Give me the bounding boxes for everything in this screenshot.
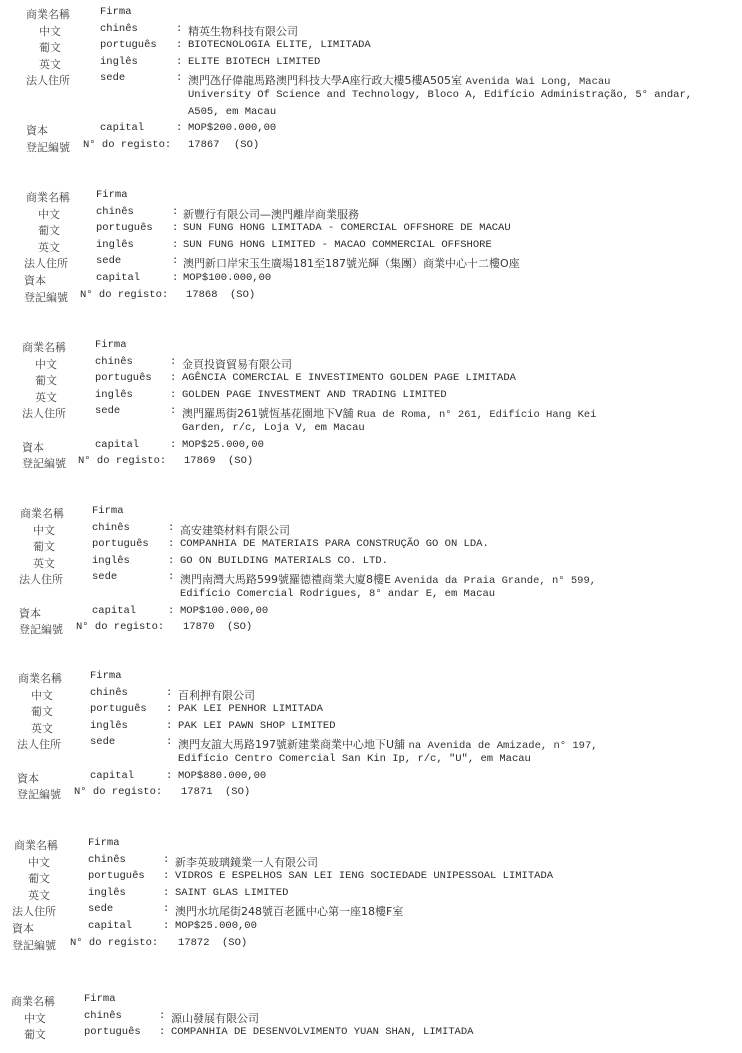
- firma-label-cjk: 商業名稱: [22, 339, 66, 355]
- registo-suffix: (SO): [225, 786, 250, 798]
- colon: :: [170, 439, 176, 451]
- sede-continuation-row: Garden, r/c, Loja V, em Macau: [0, 422, 742, 439]
- registo-suffix: (SO): [228, 455, 253, 467]
- portuguese-label-cjk: 葡文: [31, 703, 53, 719]
- capital-row: 資本 capital : MOP$100.000,00: [0, 605, 742, 622]
- sede-address-cjk: 澳門氹仔偉龍馬路澳門科技大學A座行政大樓5樓A505室: [188, 74, 462, 87]
- english-name-row: 英文 inglês : GO ON BUILDING MATERIALS CO.…: [0, 555, 742, 572]
- firma-label-cjk: 商業名稱: [26, 6, 70, 22]
- chinese-label-pt: chinês: [95, 356, 133, 368]
- english-label-pt: inglês: [96, 239, 134, 251]
- firma-row: 商業名稱 Firma: [0, 670, 742, 687]
- firma-label-cjk: 商業名稱: [18, 670, 62, 686]
- registration-entry-partial: 商業名稱 Firma 中文 chinês : 源山發展有限公司 葡文 portu…: [0, 993, 742, 1043]
- firma-label-cjk: 商業名稱: [26, 189, 70, 205]
- sede-continuation-row: Edifício Comercial Rodrigues, 8° andar E…: [0, 588, 742, 605]
- sede-address-cjk: 澳門南灣大馬路599號羅德禮商業大廈8樓E: [180, 573, 391, 586]
- firma-row: 商業名稱 Firma: [0, 993, 742, 1010]
- registo-number: 17870: [183, 621, 215, 633]
- english-label-cjk: 英文: [35, 389, 57, 405]
- portuguese-label-pt: português: [88, 870, 145, 882]
- english-label-pt: inglês: [100, 56, 138, 68]
- portuguese-label-cjk: 葡文: [35, 372, 57, 388]
- colon: :: [176, 56, 182, 68]
- portuguese-name-value: COMPANHIA DE DESENVOLVIMENTO YUAN SHAN, …: [171, 1026, 473, 1038]
- sede-row: 法人住所 sede : 澳門水坑尾街248號百老匯中心第一座18樓F室: [0, 903, 742, 920]
- english-name-value: GO ON BUILDING MATERIALS CO. LTD.: [180, 555, 388, 567]
- sede-address-latin: Avenida da Praia Grande, n° 599,: [394, 575, 596, 587]
- portuguese-name-row: 葡文 português : COMPANHIA DE DESENVOLVIME…: [0, 1026, 742, 1043]
- colon: :: [168, 571, 174, 583]
- capital-label-pt: capital: [96, 272, 140, 284]
- portuguese-name-value: COMPANHIA DE MATERIAIS PARA CONSTRUÇÃO G…: [180, 538, 489, 550]
- colon: :: [168, 555, 174, 567]
- colon: :: [163, 854, 169, 866]
- registo-label-cjk: 登記編號: [17, 786, 61, 802]
- english-name-row: 英文 inglês : PAK LEI PAWN SHOP LIMITED: [0, 720, 742, 737]
- sede-label-cjk: 法人住所: [22, 405, 66, 421]
- english-name-row: 英文 inglês : SUN FUNG HONG LIMITED - MACA…: [0, 239, 742, 256]
- portuguese-label-pt: português: [92, 538, 149, 550]
- capital-row: 資本 capital : MOP$100.000,00: [0, 272, 742, 289]
- registo-label-cjk: 登記編號: [24, 289, 68, 305]
- portuguese-name-row: 葡文 português : AGÊNCIA COMERCIAL E INVES…: [0, 372, 742, 389]
- capital-label-pt: capital: [90, 770, 134, 782]
- sede-address-latin: Avenida Wai Long, Macau: [466, 76, 611, 88]
- colon: :: [168, 538, 174, 550]
- english-name-row: 英文 inglês : GOLDEN PAGE INVESTMENT AND T…: [0, 389, 742, 406]
- registo-label-pt: N° do registo:: [78, 455, 166, 467]
- sede-value: 澳門南灣大馬路599號羅德禮商業大廈8樓E Avenida da Praia G…: [180, 571, 596, 587]
- chinese-name-value: 源山發展有限公司: [171, 1010, 259, 1026]
- registration-entry-17871: 商業名稱 Firma 中文 chinês : 百利押有限公司 葡文 portug…: [0, 670, 742, 803]
- english-label-cjk: 英文: [31, 720, 53, 736]
- capital-row: 資本 capital : MOP$200.000,00: [0, 122, 742, 139]
- chinese-name-row: 中文 chinês : 百利押有限公司: [0, 687, 742, 704]
- registration-entry-17868: 商業名稱 Firma 中文 chinês : 新豐行有限公司—澳門離岸商業服務 …: [0, 189, 742, 305]
- registration-entry-17870: 商業名稱 Firma 中文 chinês : 高安建築材料有限公司 葡文 por…: [0, 505, 742, 638]
- chinese-label-pt: chinês: [84, 1010, 122, 1022]
- registo-label-pt: N° do registo:: [80, 289, 168, 301]
- capital-row: 資本 capital : MOP$25.000,00: [0, 439, 742, 456]
- capital-row: 資本 capital : MOP$25.000,00: [0, 920, 742, 937]
- capital-value: MOP$100.000,00: [180, 605, 268, 617]
- chinese-name-value: 新豐行有限公司—澳門離岸商業服務: [183, 206, 359, 222]
- registo-label-pt: N° do registo:: [76, 621, 164, 633]
- firma-label-pt: Firma: [100, 6, 132, 18]
- sede-label-pt: sede: [96, 255, 121, 267]
- colon: :: [172, 222, 178, 234]
- sede-address-line-2: Edifício Centro Comercial San Kin Ip, r/…: [178, 753, 531, 765]
- firma-label-pt: Firma: [96, 189, 128, 201]
- firma-row: 商業名稱 Firma: [0, 6, 742, 23]
- portuguese-name-row: 葡文 português : COMPANHIA DE MATERIAIS PA…: [0, 538, 742, 555]
- portuguese-name-value: SUN FUNG HONG LIMITADA - COMERCIAL OFFSH…: [183, 222, 511, 234]
- capital-value: MOP$25.000,00: [182, 439, 264, 451]
- colon: :: [172, 239, 178, 251]
- firma-label-pt: Firma: [95, 339, 127, 351]
- portuguese-label-cjk: 葡文: [24, 1026, 46, 1042]
- portuguese-name-row: 葡文 português : SUN FUNG HONG LIMITADA - …: [0, 222, 742, 239]
- capital-value: MOP$880.000,00: [178, 770, 266, 782]
- firma-label-pt: Firma: [90, 670, 122, 682]
- sede-label-cjk: 法人住所: [12, 903, 56, 919]
- colon: :: [172, 272, 178, 284]
- capital-label-pt: capital: [92, 605, 136, 617]
- chinese-label-cjk: 中文: [33, 522, 55, 538]
- sede-row: 法人住所 sede : 澳門新口岸宋玉生廣場181至187號光輝（集團）商業中心…: [0, 255, 742, 272]
- sede-value: 澳門氹仔偉龍馬路澳門科技大學A座行政大樓5樓A505室 Avenida Wai …: [188, 72, 610, 88]
- sede-label-pt: sede: [95, 405, 120, 417]
- english-name-value: ELITE BIOTECH LIMITED: [188, 56, 320, 68]
- firma-row: 商業名稱 Firma: [0, 189, 742, 206]
- sede-address-cjk: 澳門友誼大馬路197號新建業商業中心地下U舖: [178, 738, 405, 751]
- chinese-label-cjk: 中文: [31, 687, 53, 703]
- colon: :: [166, 736, 172, 748]
- colon: :: [159, 1026, 165, 1038]
- capital-value: MOP$200.000,00: [188, 122, 276, 134]
- sede-address-line-2: Edifício Comercial Rodrigues, 8° andar E…: [180, 588, 495, 600]
- capital-value: MOP$100.000,00: [183, 272, 271, 284]
- colon: :: [176, 23, 182, 35]
- english-name-value: SAINT GLAS LIMITED: [175, 887, 288, 899]
- capital-label-pt: capital: [100, 122, 144, 134]
- capital-label-cjk: 資本: [24, 272, 46, 288]
- sede-label-pt: sede: [100, 72, 125, 84]
- chinese-name-value: 金頁投資貿易有限公司: [182, 356, 292, 372]
- portuguese-label-pt: português: [90, 703, 147, 715]
- english-label-cjk: 英文: [33, 555, 55, 571]
- english-label-cjk: 英文: [39, 56, 61, 72]
- registo-number: 17867: [188, 139, 220, 151]
- sede-address-cjk: 澳門新口岸宋玉生廣場181至187號光輝（集團）商業中心十二樓O座: [183, 255, 520, 271]
- portuguese-label-pt: português: [96, 222, 153, 234]
- registo-number: 17868: [186, 289, 218, 301]
- english-label-pt: inglês: [90, 720, 128, 732]
- sede-continuation-row: Edifício Centro Comercial San Kin Ip, r/…: [0, 753, 742, 770]
- english-label-pt: inglês: [88, 887, 126, 899]
- portuguese-name-value: PAK LEI PENHOR LIMITADA: [178, 703, 323, 715]
- registo-number: 17871: [181, 786, 213, 798]
- sede-address-latin: na Avenida de Amizade, n° 197,: [409, 740, 598, 752]
- colon: :: [170, 356, 176, 368]
- colon: :: [172, 255, 178, 267]
- portuguese-name-row: 葡文 português : BIOTECNOLOGIA ELITE, LIMI…: [0, 39, 742, 56]
- english-name-value: SUN FUNG HONG LIMITED - MACAO COMMERCIAL…: [183, 239, 492, 251]
- portuguese-name-row: 葡文 português : PAK LEI PENHOR LIMITADA: [0, 703, 742, 720]
- capital-label-cjk: 資本: [22, 439, 44, 455]
- firma-label-pt: Firma: [84, 993, 116, 1005]
- registo-label-pt: N° do registo:: [74, 786, 162, 798]
- firma-row: 商業名稱 Firma: [0, 837, 742, 854]
- colon: :: [172, 206, 178, 218]
- english-name-value: GOLDEN PAGE INVESTMENT AND TRADING LIMIT…: [182, 389, 447, 401]
- chinese-label-pt: chinês: [90, 687, 128, 699]
- colon: :: [176, 72, 182, 84]
- firma-row: 商業名稱 Firma: [0, 339, 742, 356]
- capital-label-pt: capital: [88, 920, 132, 932]
- portuguese-label-cjk: 葡文: [39, 39, 61, 55]
- chinese-name-row: 中文 chinês : 精英生物科技有限公司: [0, 23, 742, 40]
- sede-address-line-3: A505, em Macau: [188, 106, 276, 118]
- sede-label-pt: sede: [92, 571, 117, 583]
- firma-label-cjk: 商業名稱: [20, 505, 64, 521]
- sede-value: 澳門友誼大馬路197號新建業商業中心地下U舖 na Avenida de Ami…: [178, 736, 598, 752]
- registo-label-pt: N° do registo:: [83, 139, 171, 151]
- registo-row: 登記編號 N° do registo: 17868 (SO): [0, 289, 742, 306]
- chinese-label-pt: chinês: [92, 522, 130, 534]
- colon: :: [166, 720, 172, 732]
- sede-address-latin: Rua de Roma, n° 261, Edifício Hang Kei: [357, 409, 596, 421]
- sede-continuation-row: A505, em Macau: [0, 106, 742, 123]
- colon: :: [166, 687, 172, 699]
- sede-address-cjk: 澳門羅馬街261號恆基花園地下V舖: [182, 407, 354, 420]
- chinese-label-pt: chinês: [88, 854, 126, 866]
- chinese-label-cjk: 中文: [38, 206, 60, 222]
- sede-continuation-row: University Of Science and Technology, Bl…: [0, 89, 742, 106]
- capital-value: MOP$25.000,00: [175, 920, 257, 932]
- chinese-label-cjk: 中文: [39, 23, 61, 39]
- sede-address-cjk: 澳門水坑尾街248號百老匯中心第一座18樓F室: [175, 903, 403, 919]
- chinese-label-cjk: 中文: [35, 356, 57, 372]
- sede-row: 法人住所 sede : 澳門羅馬街261號恆基花園地下V舖 Rua de Rom…: [0, 405, 742, 422]
- colon: :: [176, 122, 182, 134]
- sede-address-line-2: Garden, r/c, Loja V, em Macau: [182, 422, 365, 434]
- firma-label-pt: Firma: [92, 505, 124, 517]
- firma-row: 商業名稱 Firma: [0, 505, 742, 522]
- registo-row: 登記編號 N° do registo: 17871 (SO): [0, 786, 742, 803]
- registo-label-cjk: 登記編號: [19, 621, 63, 637]
- sede-label-pt: sede: [88, 903, 113, 915]
- registo-row: 登記編號 N° do registo: 17872 (SO): [0, 937, 742, 954]
- chinese-label-cjk: 中文: [28, 854, 50, 870]
- capital-row: 資本 capital : MOP$880.000,00: [0, 770, 742, 787]
- colon: :: [170, 389, 176, 401]
- colon: :: [170, 372, 176, 384]
- chinese-label-pt: chinês: [96, 206, 134, 218]
- sede-address-line-2: University Of Science and Technology, Bl…: [188, 89, 692, 101]
- registo-number: 17872: [178, 937, 210, 949]
- colon: :: [163, 870, 169, 882]
- english-name-row: 英文 inglês : SAINT GLAS LIMITED: [0, 887, 742, 904]
- colon: :: [159, 1010, 165, 1022]
- colon: :: [168, 605, 174, 617]
- english-name-value: PAK LEI PAWN SHOP LIMITED: [178, 720, 336, 732]
- capital-label-cjk: 資本: [19, 605, 41, 621]
- registo-suffix: (SO): [227, 621, 252, 633]
- registo-label-cjk: 登記編號: [12, 937, 56, 953]
- firma-label-cjk: 商業名稱: [11, 993, 55, 1009]
- chinese-name-value: 百利押有限公司: [178, 687, 255, 703]
- registration-entry-17867: 商業名稱 Firma 中文 chinês : 精英生物科技有限公司 葡文 por…: [0, 6, 742, 155]
- english-label-cjk: 英文: [28, 887, 50, 903]
- english-label-pt: inglês: [95, 389, 133, 401]
- portuguese-label-cjk: 葡文: [38, 222, 60, 238]
- chinese-name-row: 中文 chinês : 新李英玻璃鏡業一人有限公司: [0, 854, 742, 871]
- chinese-name-value: 精英生物科技有限公司: [188, 23, 298, 39]
- sede-row: 法人住所 sede : 澳門友誼大馬路197號新建業商業中心地下U舖 na Av…: [0, 736, 742, 753]
- colon: :: [168, 522, 174, 534]
- colon: :: [163, 887, 169, 899]
- english-label-cjk: 英文: [38, 239, 60, 255]
- portuguese-label-pt: português: [95, 372, 152, 384]
- chinese-name-row: 中文 chinês : 新豐行有限公司—澳門離岸商業服務: [0, 206, 742, 223]
- registo-row: 登記編號 N° do registo: 17867 (SO): [0, 139, 742, 156]
- portuguese-name-value: AGÊNCIA COMERCIAL E INVESTIMENTO GOLDEN …: [182, 372, 516, 384]
- chinese-name-value: 新李英玻璃鏡業一人有限公司: [175, 854, 318, 870]
- capital-label-cjk: 資本: [12, 920, 34, 936]
- portuguese-label-cjk: 葡文: [33, 538, 55, 554]
- colon: :: [170, 405, 176, 417]
- sede-label-cjk: 法人住所: [26, 72, 70, 88]
- chinese-name-value: 高安建築材料有限公司: [180, 522, 290, 538]
- registo-row: 登記編號 N° do registo: 17869 (SO): [0, 455, 742, 472]
- chinese-name-row: 中文 chinês : 源山發展有限公司: [0, 1010, 742, 1027]
- chinese-name-row: 中文 chinês : 高安建築材料有限公司: [0, 522, 742, 539]
- colon: :: [166, 703, 172, 715]
- registo-suffix: (SO): [234, 139, 259, 151]
- sede-label-cjk: 法人住所: [24, 255, 68, 271]
- english-name-row: 英文 inglês : ELITE BIOTECH LIMITED: [0, 56, 742, 73]
- colon: :: [176, 39, 182, 51]
- capital-label-cjk: 資本: [17, 770, 39, 786]
- sede-row: 法人住所 sede : 澳門氹仔偉龍馬路澳門科技大學A座行政大樓5樓A505室 …: [0, 72, 742, 89]
- colon: :: [163, 903, 169, 915]
- sede-label-pt: sede: [90, 736, 115, 748]
- firma-label-cjk: 商業名稱: [14, 837, 58, 853]
- capital-label-cjk: 資本: [26, 122, 48, 138]
- sede-label-cjk: 法人住所: [17, 736, 61, 752]
- portuguese-name-value: VIDROS E ESPELHOS SAN LEI IENG SOCIEDADE…: [175, 870, 553, 882]
- portuguese-name-row: 葡文 português : VIDROS E ESPELHOS SAN LEI…: [0, 870, 742, 887]
- registration-entry-17869: 商業名稱 Firma 中文 chinês : 金頁投資貿易有限公司 葡文 por…: [0, 339, 742, 472]
- registo-row: 登記編號 N° do registo: 17870 (SO): [0, 621, 742, 638]
- capital-label-pt: capital: [95, 439, 139, 451]
- chinese-label-pt: chinês: [100, 23, 138, 35]
- portuguese-label-cjk: 葡文: [28, 870, 50, 886]
- colon: :: [166, 770, 172, 782]
- portuguese-label-pt: português: [100, 39, 157, 51]
- registo-label-cjk: 登記編號: [22, 455, 66, 471]
- chinese-name-row: 中文 chinês : 金頁投資貿易有限公司: [0, 356, 742, 373]
- registo-suffix: (SO): [222, 937, 247, 949]
- registo-number: 17869: [184, 455, 216, 467]
- firma-label-pt: Firma: [88, 837, 120, 849]
- sede-label-cjk: 法人住所: [19, 571, 63, 587]
- english-label-pt: inglês: [92, 555, 130, 567]
- registo-label-cjk: 登記編號: [26, 139, 70, 155]
- portuguese-name-value: BIOTECNOLOGIA ELITE, LIMITADA: [188, 39, 371, 51]
- portuguese-label-pt: português: [84, 1026, 141, 1038]
- registration-entry-17872: 商業名稱 Firma 中文 chinês : 新李英玻璃鏡業一人有限公司 葡文 …: [0, 837, 742, 953]
- chinese-label-cjk: 中文: [24, 1010, 46, 1026]
- registo-label-pt: N° do registo:: [70, 937, 158, 949]
- sede-value: 澳門羅馬街261號恆基花園地下V舖 Rua de Roma, n° 261, E…: [182, 405, 596, 421]
- sede-row: 法人住所 sede : 澳門南灣大馬路599號羅德禮商業大廈8樓E Avenid…: [0, 571, 742, 588]
- colon: :: [163, 920, 169, 932]
- registo-suffix: (SO): [230, 289, 255, 301]
